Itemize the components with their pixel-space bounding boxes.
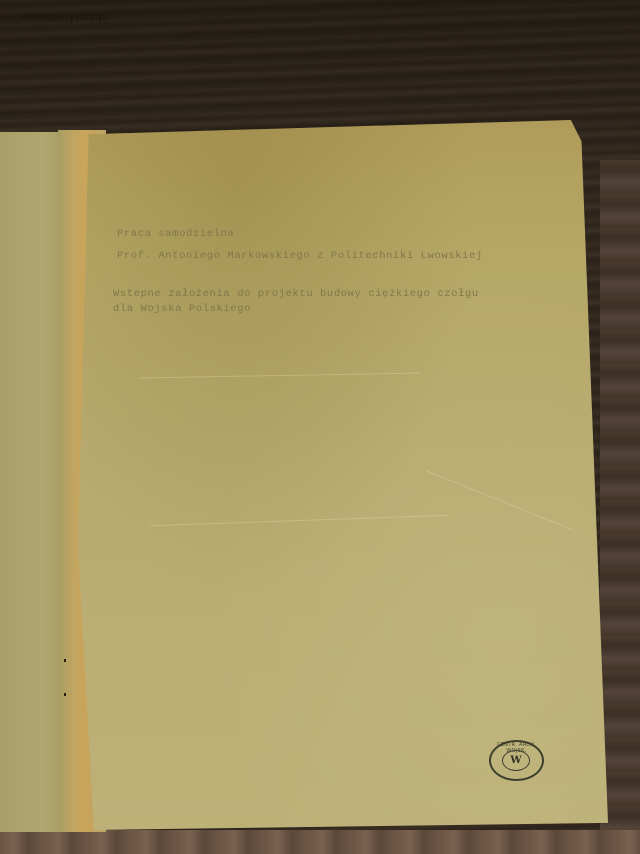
document-label: Praca samodzielna: [117, 228, 234, 240]
document-author: Prof. Antoniego Markowskiego z Politechn…: [117, 250, 483, 262]
document-title-line2: dla Wojska Polskiego: [113, 303, 251, 315]
stamp-emblem: W: [502, 750, 530, 771]
staple-mark: [64, 659, 66, 662]
table-edge-bottom: [0, 830, 640, 854]
document-title-line1: Wstepne założenia do projektu budowy cię…: [113, 288, 479, 300]
archive-stamp-icon: CENTR. ARCH. WOJSK. W: [489, 740, 544, 781]
staple-mark: [64, 693, 66, 696]
watermark: www.odkrywca.pl: [20, 11, 107, 23]
table-edge-right: [600, 160, 640, 830]
document-page: [78, 120, 608, 830]
